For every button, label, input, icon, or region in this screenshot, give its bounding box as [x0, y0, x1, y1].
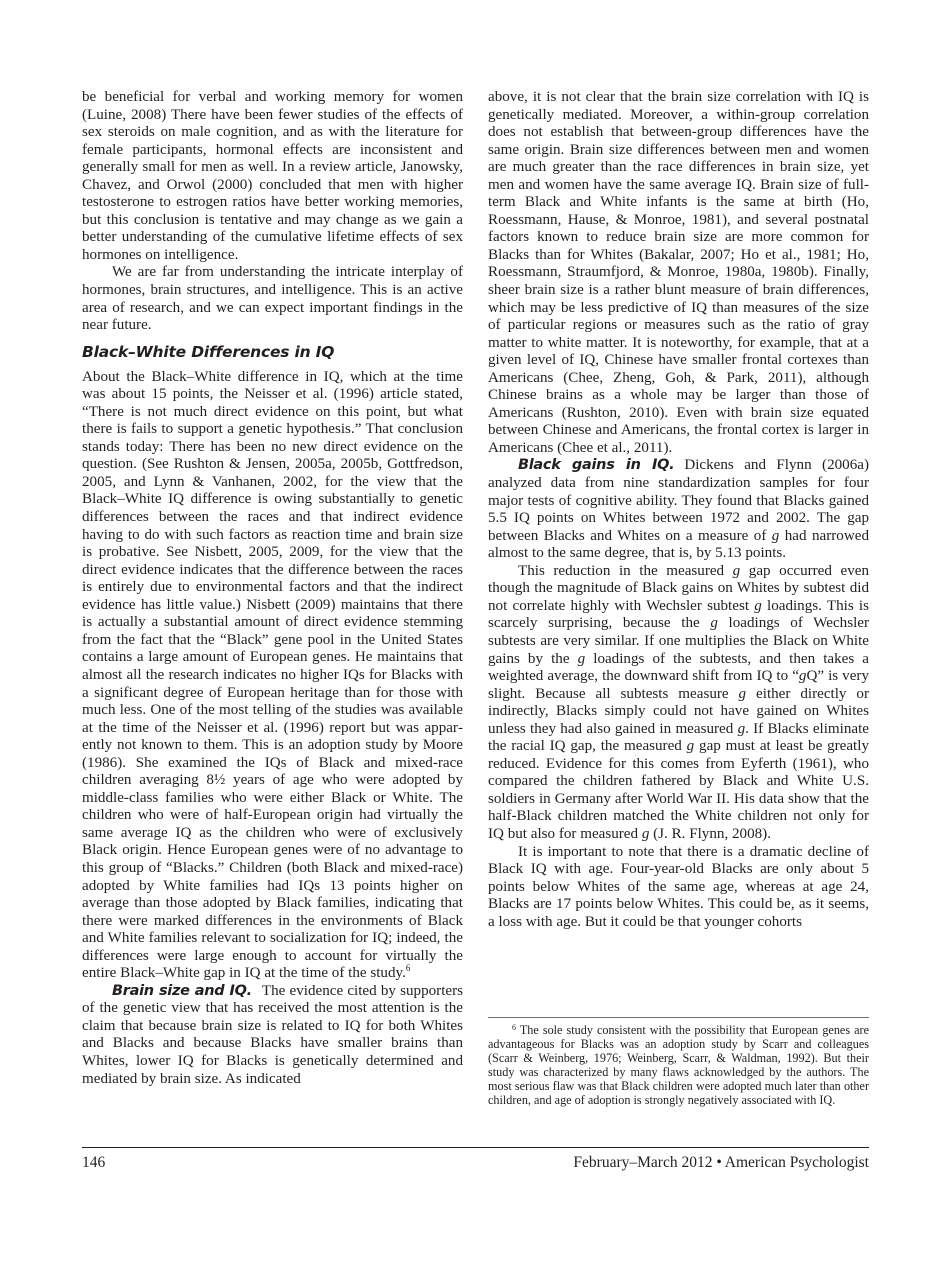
footnote-6: 6 The sole study consistent with the pos… — [488, 1023, 869, 1108]
page-footer: 146 February–March 2012 • American Psych… — [82, 1154, 869, 1172]
paragraph-text: About the Black–White difference in IQ, … — [82, 369, 463, 982]
subheading-brain-size: Brain size and IQ. — [112, 983, 252, 999]
right-column: above, it is not clear that the brain si… — [488, 89, 869, 931]
footnote-text: The sole study consistent with the possi… — [488, 1023, 869, 1107]
paragraph-text: This reduction in the measured — [518, 563, 733, 579]
footnote-ref-6[interactable]: 6 — [406, 963, 411, 973]
paragraph-black-gains: Black gains in IQ.Dickens and Flynn (200… — [488, 457, 869, 562]
journal-info: February–March 2012 • American Psycholog… — [573, 1154, 869, 1172]
paragraph-black-white-difference: About the Black–White difference in IQ, … — [82, 369, 463, 983]
paragraph-brain-size: Brain size and IQ.The evidence cited by … — [82, 983, 463, 1088]
paragraph-g-gap: This reduction in the measured g gap occ… — [488, 563, 869, 844]
paragraph-hormones-continued: be beneficial for verbal and working mem… — [82, 89, 463, 264]
paragraph-text: (J. R. Flynn, 2008). — [649, 826, 771, 842]
subheading-black-gains: Black gains in IQ. — [518, 457, 674, 473]
italic-g: g — [710, 615, 718, 631]
italic-g: g — [754, 598, 762, 614]
left-column: be beneficial for verbal and working mem… — [82, 89, 463, 1088]
footnote-paragraph: 6 The sole study consistent with the pos… — [488, 1023, 869, 1108]
paragraph-age-decline: It is important to note that there is a … — [488, 844, 869, 932]
italic-g: g — [739, 686, 747, 702]
footnote-divider — [488, 1017, 869, 1018]
paragraph-interplay: We are far from understanding the intric… — [82, 264, 463, 334]
italic-g: g — [738, 721, 746, 737]
footer-divider — [82, 1147, 869, 1148]
paragraph-brain-size-continued: above, it is not clear that the brain si… — [488, 89, 869, 457]
page-number: 146 — [82, 1154, 105, 1172]
section-heading-black-white: Black–White Differences in IQ — [82, 343, 463, 361]
